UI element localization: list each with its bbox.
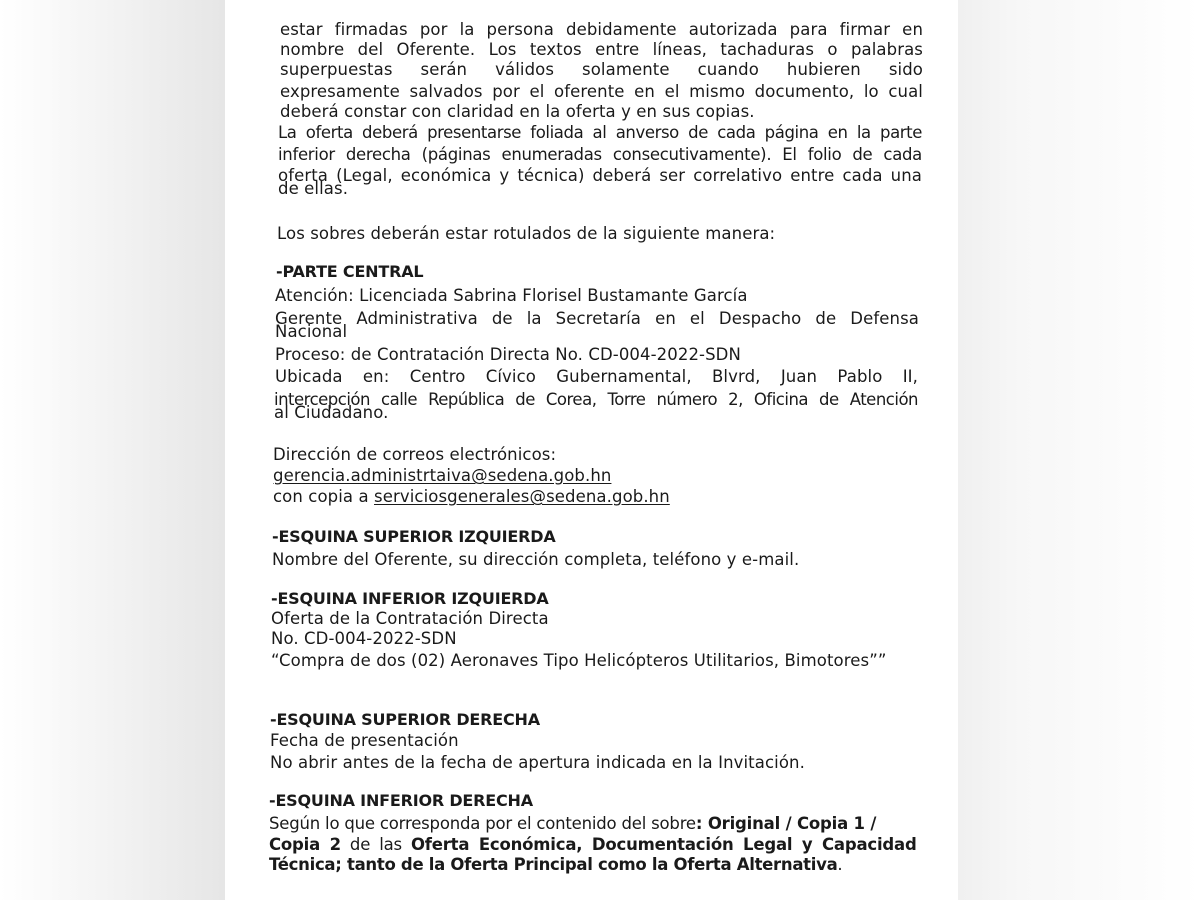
intro-line-4: expresamente salvados por el oferente en…: [280, 82, 923, 103]
intro-line-1: estar firmadas por la persona debidament…: [280, 20, 923, 41]
esquina-superior-derecha-line-1: Fecha de presentación: [270, 731, 459, 752]
parte-central-line-1: Atención: Licenciada Sabrina Florisel Bu…: [275, 286, 748, 307]
folio-line-4: de ellas.: [278, 179, 348, 200]
esquina-inferior-izquierda-line-2: No. CD-004-2022-SDN: [271, 629, 457, 650]
esquina-superior-izquierda-line-1: Nombre del Oferente, su dirección comple…: [272, 550, 799, 571]
esquina-inferior-izquierda-heading: -ESQUINA INFERIOR IZQUIERDA: [271, 589, 549, 610]
line-2-bold-a: Copia 2: [269, 835, 341, 854]
line-1-bold: : Original / Copia 1 /: [696, 814, 876, 833]
line-3-end: .: [837, 855, 842, 874]
line-2-bold-b: Oferta Económica, Documentación Legal y …: [411, 835, 917, 854]
esquina-inferior-derecha-line-3: Técnica; tanto de la Oferta Principal co…: [269, 855, 842, 876]
email-cc-link[interactable]: serviciosgenerales@sedena.gob.hn: [374, 487, 670, 506]
folio-line-2: inferior derecha (páginas enumeradas con…: [278, 145, 922, 166]
esquina-superior-derecha-heading: -ESQUINA SUPERIOR DERECHA: [270, 710, 540, 731]
line-2-normal: de las: [341, 835, 411, 854]
esquina-inferior-derecha-line-1: Según lo que corresponda por el contenid…: [269, 814, 876, 835]
line-3-bold: Técnica; tanto de la Oferta Principal co…: [269, 855, 837, 874]
email-cc-prefix: con copia a: [273, 487, 374, 506]
esquina-superior-izquierda-heading: -ESQUINA SUPERIOR IZQUIERDA: [272, 527, 556, 548]
folio-line-1: La oferta deberá presentarse foliada al …: [278, 123, 922, 144]
folio-line-3: oferta (Legal, económica y técnica) debe…: [278, 166, 922, 187]
esquina-inferior-derecha-heading: -ESQUINA INFERIOR DERECHA: [269, 791, 533, 812]
emails-label: Dirección de correos electrónicos:: [273, 445, 556, 466]
envelopes-intro: Los sobres deberán estar rotulados de la…: [277, 224, 775, 245]
parte-central-heading: -PARTE CENTRAL: [276, 262, 423, 283]
email-primary-link[interactable]: gerencia.administrtaiva@sedena.gob.hn: [273, 466, 611, 487]
intro-line-2: nombre del Oferente. Los textos entre lí…: [280, 40, 923, 61]
parte-central-line-2: Gerente Administrativa de la Secretaría …: [275, 309, 919, 330]
intro-line-3: superpuestas serán válidos solamente cua…: [280, 60, 923, 81]
intro-line-5: deberá constar con claridad en la oferta…: [280, 102, 755, 123]
parte-central-line-5: Ubicada en: Centro Cívico Gubernamental,…: [275, 367, 918, 388]
parte-central-line-7: al Ciudadano.: [274, 403, 388, 424]
esquina-inferior-izquierda-line-3: “Compra de dos (02) Aeronaves Tipo Helic…: [271, 651, 887, 672]
esquina-inferior-izquierda-line-1: Oferta de la Contratación Directa: [271, 609, 549, 630]
parte-central-line-4: Proceso: de Contratación Directa No. CD-…: [275, 345, 741, 366]
esquina-superior-derecha-line-2: No abrir antes de la fecha de apertura i…: [270, 753, 805, 774]
esquina-inferior-derecha-line-2: Copia 2 de las Oferta Económica, Documen…: [269, 835, 917, 856]
line-1-normal: Según lo que corresponda por el contenid…: [269, 814, 696, 833]
parte-central-line-3: Nacional: [275, 322, 347, 343]
email-cc-line: con copia a serviciosgenerales@sedena.go…: [273, 487, 670, 508]
document-page: estar firmadas por la persona debidament…: [225, 0, 958, 900]
